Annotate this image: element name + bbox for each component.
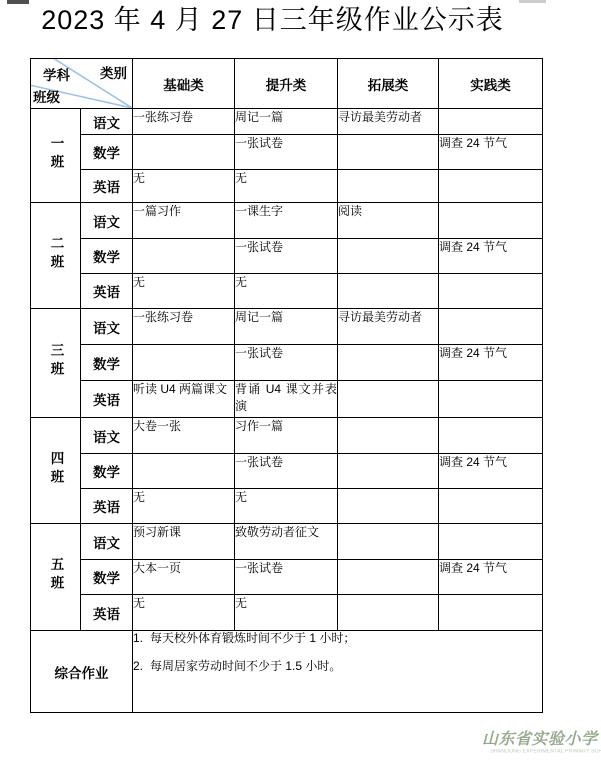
homework-cell: 一张试卷	[235, 560, 338, 595]
homework-cell	[338, 489, 439, 524]
homework-cell: 无	[235, 595, 338, 631]
homework-cell: 无	[133, 170, 235, 203]
table-row: 四班 语文 大卷一张 习作一篇	[31, 418, 543, 454]
homework-cell: 听读 U4 两篇课文	[133, 381, 235, 418]
subject-label: 语文	[81, 524, 133, 560]
class-label-3: 三班	[31, 309, 81, 418]
subject-label: 英语	[81, 489, 133, 524]
homework-cell	[338, 170, 439, 203]
homework-cell: 调查 24 节气	[439, 560, 543, 595]
corner-cell: 学科 类别 班级	[31, 59, 133, 109]
note-text: 每周居家劳动时间不少于 1.5 小时。	[150, 659, 341, 673]
school-name-en: SHANDONG EXPERIMENTAL PRIMARY SCHOOL	[490, 749, 584, 755]
class-name: 三班	[46, 343, 66, 380]
subject-label: 语文	[81, 309, 133, 345]
table-row: 英语 无 无	[31, 489, 543, 524]
table-row: 英语 无 无	[31, 595, 543, 631]
homework-cell	[338, 595, 439, 631]
subject-label: 数学	[81, 135, 133, 170]
subject-label: 英语	[81, 595, 133, 631]
table-row: 数学 一张试卷 调查 24 节气	[31, 454, 543, 489]
table-row: 数学 一张试卷 调查 24 节气	[31, 239, 543, 274]
note-line: 2.每周居家劳动时间不少于 1.5 小时。	[133, 659, 542, 674]
homework-cell: 无	[133, 595, 235, 631]
homework-cell	[439, 170, 543, 203]
header-row: 学科 类别 班级 基础类 提升类 拓展类 实践类	[31, 59, 543, 109]
table-row: 数学 一张试卷 调查 24 节气	[31, 345, 543, 381]
note-number: 2.	[133, 659, 150, 674]
homework-cell: 习作一篇	[235, 418, 338, 454]
homework-cell	[439, 595, 543, 631]
homework-cell: 无	[235, 170, 338, 203]
comprehensive-homework-notes: 1.每天校外体育锻炼时间不少于 1 小时； 2.每周居家劳动时间不少于 1.5 …	[133, 631, 543, 713]
homework-cell: 一张试卷	[235, 454, 338, 489]
table-row: 三班 语文 一张练习卷 周记一篇 寻访最美劳动者	[31, 309, 543, 345]
homework-cell: 背诵 U4 课文并表演	[235, 381, 338, 418]
subject-label: 数学	[81, 454, 133, 489]
class-name: 五班	[46, 557, 66, 594]
table-row: 英语 听读 U4 两篇课文 背诵 U4 课文并表演	[31, 381, 543, 418]
homework-cell: 一张试卷	[235, 135, 338, 170]
corner-label-category: 类别	[100, 62, 127, 82]
homework-cell	[439, 274, 543, 309]
comprehensive-homework-label: 综合作业	[31, 631, 133, 713]
subject-label: 语文	[81, 203, 133, 239]
table-row: 数学 一张试卷 调查 24 节气	[31, 135, 543, 170]
homework-cell	[338, 454, 439, 489]
column-header-practice: 实践类	[439, 59, 543, 109]
homework-table: 学科 类别 班级 基础类 提升类 拓展类 实践类 一班 语文 一张练习卷 周记一…	[30, 58, 543, 713]
homework-cell	[439, 203, 543, 239]
column-header-basic: 基础类	[133, 59, 235, 109]
homework-cell	[439, 381, 543, 418]
column-header-expand: 拓展类	[338, 59, 439, 109]
table-row: 英语 无 无	[31, 274, 543, 309]
homework-cell	[338, 274, 439, 309]
note-number: 1.	[133, 631, 150, 646]
subject-label: 英语	[81, 381, 133, 418]
homework-cell	[338, 560, 439, 595]
homework-cell: 寻访最美劳动者	[338, 109, 439, 135]
subject-label: 语文	[81, 418, 133, 454]
homework-cell	[133, 239, 235, 274]
school-watermark: 山东省实验小学 SHANDONG EXPERIMENTAL PRIMARY SC…	[482, 731, 592, 756]
class-label-4: 四班	[31, 418, 81, 524]
homework-cell: 大本一页	[133, 560, 235, 595]
class-label-1: 一班	[31, 109, 81, 203]
table-row: 数学 大本一页 一张试卷 调查 24 节气	[31, 560, 543, 595]
class-label-2: 二班	[31, 203, 81, 309]
corner-label-subject: 学科	[43, 64, 70, 84]
page-title: 2023 年 4 月 27 日三年级作业公示表	[0, 3, 545, 37]
homework-cell: 一张试卷	[235, 345, 338, 381]
homework-cell	[338, 345, 439, 381]
homework-cell	[338, 524, 439, 560]
subject-label: 数学	[81, 345, 133, 381]
homework-cell: 一张试卷	[235, 239, 338, 274]
column-header-improve: 提升类	[235, 59, 338, 109]
table-row: 二班 语文 一篇习作 一课生字 阅读	[31, 203, 543, 239]
homework-cell: 一张练习卷	[133, 109, 235, 135]
class-name: 二班	[46, 236, 66, 273]
footer-row: 综合作业 1.每天校外体育锻炼时间不少于 1 小时； 2.每周居家劳动时间不少于…	[31, 631, 543, 713]
school-name-cn: 山东省实验小学	[482, 731, 592, 749]
homework-cell: 调查 24 节气	[439, 345, 543, 381]
table-row: 英语 无 无	[31, 170, 543, 203]
homework-cell	[133, 345, 235, 381]
homework-cell: 一篇习作	[133, 203, 235, 239]
homework-cell: 无	[133, 274, 235, 309]
table-row: 五班 语文 预习新课 致敬劳动者征文	[31, 524, 543, 560]
homework-cell	[338, 135, 439, 170]
subject-label: 英语	[81, 170, 133, 203]
note-line: 1.每天校外体育锻炼时间不少于 1 小时；	[133, 631, 542, 646]
subject-label: 数学	[81, 239, 133, 274]
homework-cell	[133, 135, 235, 170]
note-text: 每天校外体育锻炼时间不少于 1 小时；	[150, 631, 355, 645]
table-row: 一班 语文 一张练习卷 周记一篇 寻访最美劳动者	[31, 109, 543, 135]
homework-cell	[133, 454, 235, 489]
homework-cell: 预习新课	[133, 524, 235, 560]
homework-cell: 无	[235, 274, 338, 309]
homework-cell	[338, 381, 439, 418]
homework-cell	[439, 489, 543, 524]
homework-cell: 无	[133, 489, 235, 524]
homework-cell: 周记一篇	[235, 109, 338, 135]
subject-label: 数学	[81, 560, 133, 595]
homework-cell: 调查 24 节气	[439, 135, 543, 170]
homework-cell: 一张练习卷	[133, 309, 235, 345]
homework-cell: 致敬劳动者征文	[235, 524, 338, 560]
homework-cell: 调查 24 节气	[439, 239, 543, 274]
homework-cell: 寻访最美劳动者	[338, 309, 439, 345]
homework-cell	[439, 418, 543, 454]
homework-cell	[338, 418, 439, 454]
subject-label: 英语	[81, 274, 133, 309]
homework-cell	[439, 309, 543, 345]
class-name: 一班	[46, 136, 66, 173]
homework-cell	[338, 239, 439, 274]
class-name: 四班	[46, 451, 66, 488]
homework-cell: 一课生字	[235, 203, 338, 239]
class-label-5: 五班	[31, 524, 81, 631]
subject-label: 语文	[81, 109, 133, 135]
homework-cell	[439, 524, 543, 560]
homework-cell: 无	[235, 489, 338, 524]
homework-cell: 阅读	[338, 203, 439, 239]
homework-cell	[439, 109, 543, 135]
corner-label-class: 班级	[33, 86, 60, 106]
homework-cell: 调查 24 节气	[439, 454, 543, 489]
homework-cell: 周记一篇	[235, 309, 338, 345]
homework-cell: 大卷一张	[133, 418, 235, 454]
